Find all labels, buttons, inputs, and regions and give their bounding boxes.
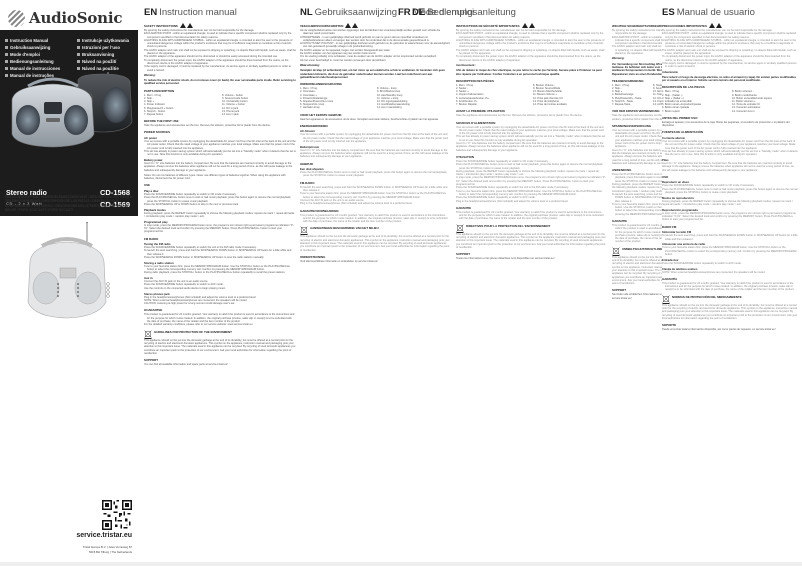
section-heading: AVANT LA PREMIÈRE UTILISATION — [456, 109, 606, 113]
list-item: Als het snoer beschadigd is, moet het wo… — [300, 59, 450, 62]
list-item: Your set comes with a portable system by… — [144, 140, 296, 150]
list-item: During radio playback, press the STOP/CH… — [144, 271, 296, 274]
bullet-icon — [5, 39, 8, 42]
section-heading: BEFORE THE FIRST USE — [144, 119, 296, 123]
paragraph: During playback, press the REPEAT button… — [662, 200, 798, 207]
list-item: To launch the auto searching, press and … — [144, 249, 296, 256]
paragraph: This appliance should not be put into th… — [456, 233, 606, 249]
list-item: LIGHTNING FLASH WITH ARROWHEAD SYMBOL - … — [456, 39, 606, 49]
section-heading: FUENTES DE ALIMENTACIÓN — [662, 130, 798, 134]
column-en: ENInstruction manual SAFETY INSTRUCTIONS… — [144, 0, 296, 566]
list-item: EXCLAMATION POINT - within an equilatera… — [456, 32, 606, 39]
environment-section: NORMAS DE PROTECCIÓN DEL MEDIOAMBIENTE — [662, 295, 798, 304]
company-address: 5015 BH Tilburg | The Netherlands — [89, 550, 132, 554]
section-heading: SUPPORT — [456, 252, 606, 256]
section-heading: USO — [662, 175, 798, 179]
warning-text: Para reducir el riesgo de descarga eléct… — [662, 76, 798, 83]
manual-item: Bruksanvisning — [77, 52, 137, 57]
list-item: This set has already in power saving sys… — [662, 150, 798, 157]
paragraph: Insert 6 x "C" size batteries into the b… — [300, 149, 450, 159]
bullet-icon — [5, 67, 8, 70]
section-heading: UMWELTSCHUTZRICHTLINIEN — [622, 247, 665, 256]
section-heading: INSTRUCTIONS DE SÉCURITÉ IMPORTANTES — [456, 23, 606, 28]
environment-section: DIRECTIVES POUR LA PROTECTION DE L'ENVIR… — [456, 224, 606, 233]
column-es: ESManual de usuario PRECAUCIONES IMPORTA… — [662, 0, 798, 566]
paragraph: Insert 6 x "C" size batteries into the b… — [144, 162, 296, 172]
bullet-icon — [77, 53, 80, 56]
brand-name: AudioSonic — [29, 9, 122, 27]
section-heading: SOPORTE — [662, 323, 798, 327]
paragraph: Insert 6 x "C" size batteries into the b… — [662, 162, 798, 172]
section-heading: SOURCES D'ALIMENTATION — [456, 121, 606, 125]
list-item: Press the PLAY/PAUSE/CH+ button once to … — [456, 163, 606, 170]
paragraph: Extraiga el aparato y los accesorios de … — [662, 121, 798, 128]
warning-triangle-icons — [709, 23, 723, 28]
list-item: If the supply cord is damaged, it must b… — [662, 62, 798, 69]
paragraph: This appliance should not be put into th… — [300, 235, 450, 251]
paragraph: In stop mode, press the MEMORY/PROGRAM b… — [144, 224, 296, 234]
parts-list: 1. Mem. / Prog.8. Botón volumen - 2. Ski… — [662, 90, 798, 112]
list-item: To launch the auto searching, press and … — [662, 234, 798, 241]
section-heading: DESCRIPCIÓN DE LAS PIEZAS — [662, 85, 798, 89]
section-heading: ONDERDELENBESCHRIJVING — [300, 82, 450, 86]
section-heading: GARANTÍA — [662, 277, 798, 281]
list-item: Press the SOURCE/MODE button repeatedly … — [662, 262, 798, 265]
section-heading: DESCRIPTION DES PIÈCES — [456, 79, 606, 83]
warning-icon — [522, 23, 528, 28]
list-item: This set has already in power saving sys… — [144, 150, 296, 157]
bullet-icon — [77, 39, 80, 42]
list-item: LIGHTNING FLASH WITH ARROWHEAD SYMBOL - … — [662, 39, 798, 49]
section-heading: GUARANTEE — [144, 308, 296, 312]
part-item: 7. Bouton Répéter — [456, 103, 529, 106]
list-item: For the detailed warranty conditions, pl… — [144, 323, 296, 326]
bullet-icon — [77, 60, 80, 63]
list-item: Your set comes with a portable system by… — [662, 140, 798, 150]
section-heading: GUIDELINES FOR PROTECTION OF THE ENVIRON… — [154, 330, 232, 339]
service-website-link[interactable]: service.tristar.eu — [76, 532, 132, 539]
parts-list: 1. Mem. / Prog.8. Volume - button 2. Ski… — [144, 94, 296, 116]
paragraph: This appliance should not be put into th… — [144, 339, 296, 355]
column-title: ESManual de usuario — [662, 6, 798, 20]
paragraph: You can find all available information a… — [144, 363, 296, 366]
warning-triangle-icons — [345, 23, 359, 28]
parts-list: 1. Mem. / Prog.8. Bouton Volume - 2. Sau… — [456, 84, 606, 106]
crossed-bin-icon — [662, 295, 670, 304]
warning-icon — [180, 23, 186, 28]
list-item: Tune to your favourite station first; pr… — [662, 246, 798, 256]
paragraph: This appliance should not be put into th… — [662, 304, 798, 320]
part-item: 7. Herhalen knop — [300, 106, 373, 109]
manual-item: Istruzioni per l'uso — [77, 45, 137, 50]
bullet-icon — [5, 46, 8, 49]
section-heading: FM RADIO — [144, 237, 296, 241]
list-item: EXCLAMATION POINT - within an equilatera… — [144, 32, 296, 39]
boombox-product-image — [8, 72, 133, 152]
warning-icon — [716, 23, 722, 28]
crossed-bin-icon — [144, 330, 152, 339]
warning-icon — [529, 23, 535, 28]
paragraph: Insert 6 x "C" size batteries into the b… — [456, 142, 606, 152]
section-heading: RADIO FM — [662, 225, 798, 229]
column-title: ENInstruction manual — [144, 6, 296, 20]
bullet-icon — [5, 60, 8, 63]
section-heading: GEBRUIK — [300, 162, 450, 166]
warning-text: To reduce the risk of electric shock, do… — [144, 79, 296, 86]
crossed-bin-icon — [612, 247, 620, 256]
manual-item: Instruction Manual — [5, 38, 77, 43]
cover-panel: AudioSonic Instruction Manual Instrukcje… — [0, 0, 138, 566]
list-item: LICHTFLITS MET PIJLPUNT - in een gelijkz… — [300, 42, 450, 49]
bullet-icon — [77, 67, 80, 70]
section-heading: VOOR HET EERSTE GEBRUIK — [300, 113, 450, 117]
paragraph: Take the appliance and accessories out t… — [456, 114, 606, 117]
crossed-bin-icon — [456, 224, 464, 233]
section-heading: GARANTIEVOORWAARDEN — [300, 209, 450, 213]
list-item: Press the SKIP/SEARCH DOWN button or SKI… — [144, 256, 296, 259]
warning-text: Verwijder de klep (of achterkant) niet, … — [300, 69, 450, 79]
section-heading: ONDERSTEUNING — [300, 255, 450, 259]
manual-item: Návod na použitie — [77, 66, 137, 71]
section-heading: PARTS DESCRIPTION — [144, 89, 296, 93]
paragraph: Vind alle beschikbare informatie en onde… — [300, 260, 450, 263]
section-heading: ENERGIEBRONNEN — [300, 124, 450, 128]
brand-mark-icon — [8, 10, 25, 27]
list-item: Press the PLAY/PAUSE/CH+ button once to … — [144, 196, 296, 203]
paragraph: Notes: Do not mix batteries of different… — [144, 174, 296, 181]
list-item: Tune to your favourite station first; pr… — [300, 192, 450, 199]
parts-list: 1. Mem. / Prog.8. Volume - knop 2. Overs… — [300, 87, 450, 109]
part-item: 7. Repeat button — [144, 113, 218, 116]
warning-icon — [709, 23, 715, 28]
list-item: Press the PLAY/PAUSE/CH+ button once to … — [300, 171, 450, 178]
warning-label: Advertencia: — [662, 71, 798, 74]
page-footer-strip — [0, 562, 802, 566]
part-item: 14. Conector Aux in — [732, 110, 798, 113]
warning-triangle-icons — [180, 23, 194, 28]
manual-item: Instrukcje użytkowania — [77, 38, 137, 43]
warning-label: Avertissement : — [456, 64, 606, 67]
list-item: This product is guaranteed for 24 months… — [300, 214, 450, 224]
bullet-icon — [5, 53, 8, 56]
section-heading: USE — [144, 183, 296, 187]
warning-icon — [187, 23, 193, 28]
manual-item: Gebruiksaanwijzing — [5, 45, 77, 50]
manual-item: Manual de instrucciones — [5, 66, 77, 71]
qr-code[interactable] — [102, 500, 132, 530]
part-item: 14. Aux in jack — [222, 113, 296, 116]
list-item: Press the PLAY/PAUSE/CH+ button once to … — [662, 188, 798, 195]
warning-label: Waarschuwing: — [300, 64, 450, 67]
list-item: If the supply cord is damaged, it must b… — [144, 65, 296, 72]
list-item: To completely disconnect the power input… — [662, 55, 798, 62]
section-heading: SAFETY INSTRUCTIONS — [144, 23, 296, 28]
list-item: Press the SKIP/SEARCH UP or DOWN button … — [144, 203, 296, 206]
parts-description-heading: PARTS DESCRIPTION / ONDERDELENBESCHRIJVI… — [5, 195, 135, 212]
list-item: This product is guaranteed for 24 months… — [144, 313, 296, 323]
environment-section: GUIDELINES FOR PROTECTION OF THE ENVIRON… — [144, 330, 296, 339]
warning-icon — [352, 23, 358, 28]
warning-text: Afin de réduire le risque de choc électr… — [456, 69, 606, 76]
bullet-icon — [77, 46, 80, 49]
list-item: Plug in the headphones/earphones (Not in… — [300, 202, 450, 205]
cover-hero: Instruction Manual Instrukcje użytkowani… — [0, 30, 138, 216]
section-heading: UTILISATION — [456, 155, 606, 159]
list-item: To completely disconnect the power input… — [456, 55, 606, 62]
warning-icon — [345, 23, 351, 28]
section-heading: GARANTIE — [456, 206, 606, 210]
paragraph: In stop mode, press the MEMORY/PROGRAM b… — [456, 176, 606, 186]
section-heading: POWER SOURCES — [144, 130, 296, 134]
paragraph: During playback, press the REPEAT button… — [144, 212, 296, 219]
manual-item: Bedienungsanleitung — [5, 59, 77, 64]
list-item: Your set comes with a portable system by… — [300, 133, 450, 143]
warning-triangle-icons — [522, 23, 536, 28]
part-item: 7. Botón repetir — [662, 110, 728, 113]
brand-logo: AudioSonic — [8, 6, 133, 30]
paragraph: Take the appliance and accessories out t… — [144, 124, 296, 127]
list-item: LIGHTNING FLASH WITH ARROWHEAD SYMBOL - … — [144, 39, 296, 49]
warning-label: Warning: — [144, 74, 296, 77]
manual-item: Návod na použití — [77, 59, 137, 64]
column-de-title: DEBedienungsanleitung — [378, 0, 388, 566]
section-heading: VEILIGHEIDSVOORSCHRIFTEN — [300, 23, 450, 28]
paragraph: In stop mode, press the MEMORY/PROGRAM b… — [662, 212, 798, 222]
list-item: NOTE: When external headphones/earphones… — [662, 271, 798, 274]
list-item: Als de veiligheidsinstructies niet worde… — [300, 29, 450, 36]
list-item: Your set comes with a portable system by… — [456, 126, 606, 136]
list-item: EXCLAMATION POINT - within an equilatera… — [662, 32, 798, 39]
section-heading: FM-RADIO — [300, 181, 450, 185]
list-item: CAUTION: Listening at high power for a l… — [144, 302, 296, 305]
part-item: 7. Repeat-Taste — [612, 103, 649, 106]
column-fr: FRMode d'emploi INSTRUCTIONS DE SÉCURITÉ… — [456, 0, 606, 566]
paragraph: Haal het apparaat en de accessoires uit … — [300, 118, 450, 121]
section-heading: SUPPORT — [144, 358, 296, 362]
paragraph: Toutes les informations et les pièces dé… — [456, 257, 606, 260]
manual-item: Mode d'emploi — [5, 52, 77, 57]
section-heading: PRECAUCIONES IMPORTANTES — [662, 23, 798, 28]
company-address: Tristar Europe B.V. | Jules Verneweg 87 — [83, 545, 132, 549]
list-item: Plug in the headphones/earphones (Not in… — [456, 200, 606, 203]
part-item: 14. Prise de l'entrée auxiliaire — [533, 103, 606, 106]
list-item: This product is guaranteed for 24 months… — [662, 282, 798, 292]
list-item: Use the controls on the connected audio … — [144, 287, 296, 290]
section-heading: ANTES DEL PRIMER USO — [662, 116, 798, 120]
column-nl: NLGebruiksaanwijzing VEILIGHEIDSVOORSCHR… — [300, 0, 450, 566]
parts-diagram-drawing — [20, 222, 115, 322]
paragraph: Puede encontrar toda la información disp… — [662, 328, 798, 331]
list-item: This product is guaranteed for 24 months… — [456, 211, 606, 221]
section-heading: DIRECTIVES POUR LA PROTECTION DE L'ENVIR… — [466, 224, 550, 233]
section-heading: NORMAS DE PROTECCIÓN DEL MEDIOAMBIENTE — [672, 295, 742, 304]
